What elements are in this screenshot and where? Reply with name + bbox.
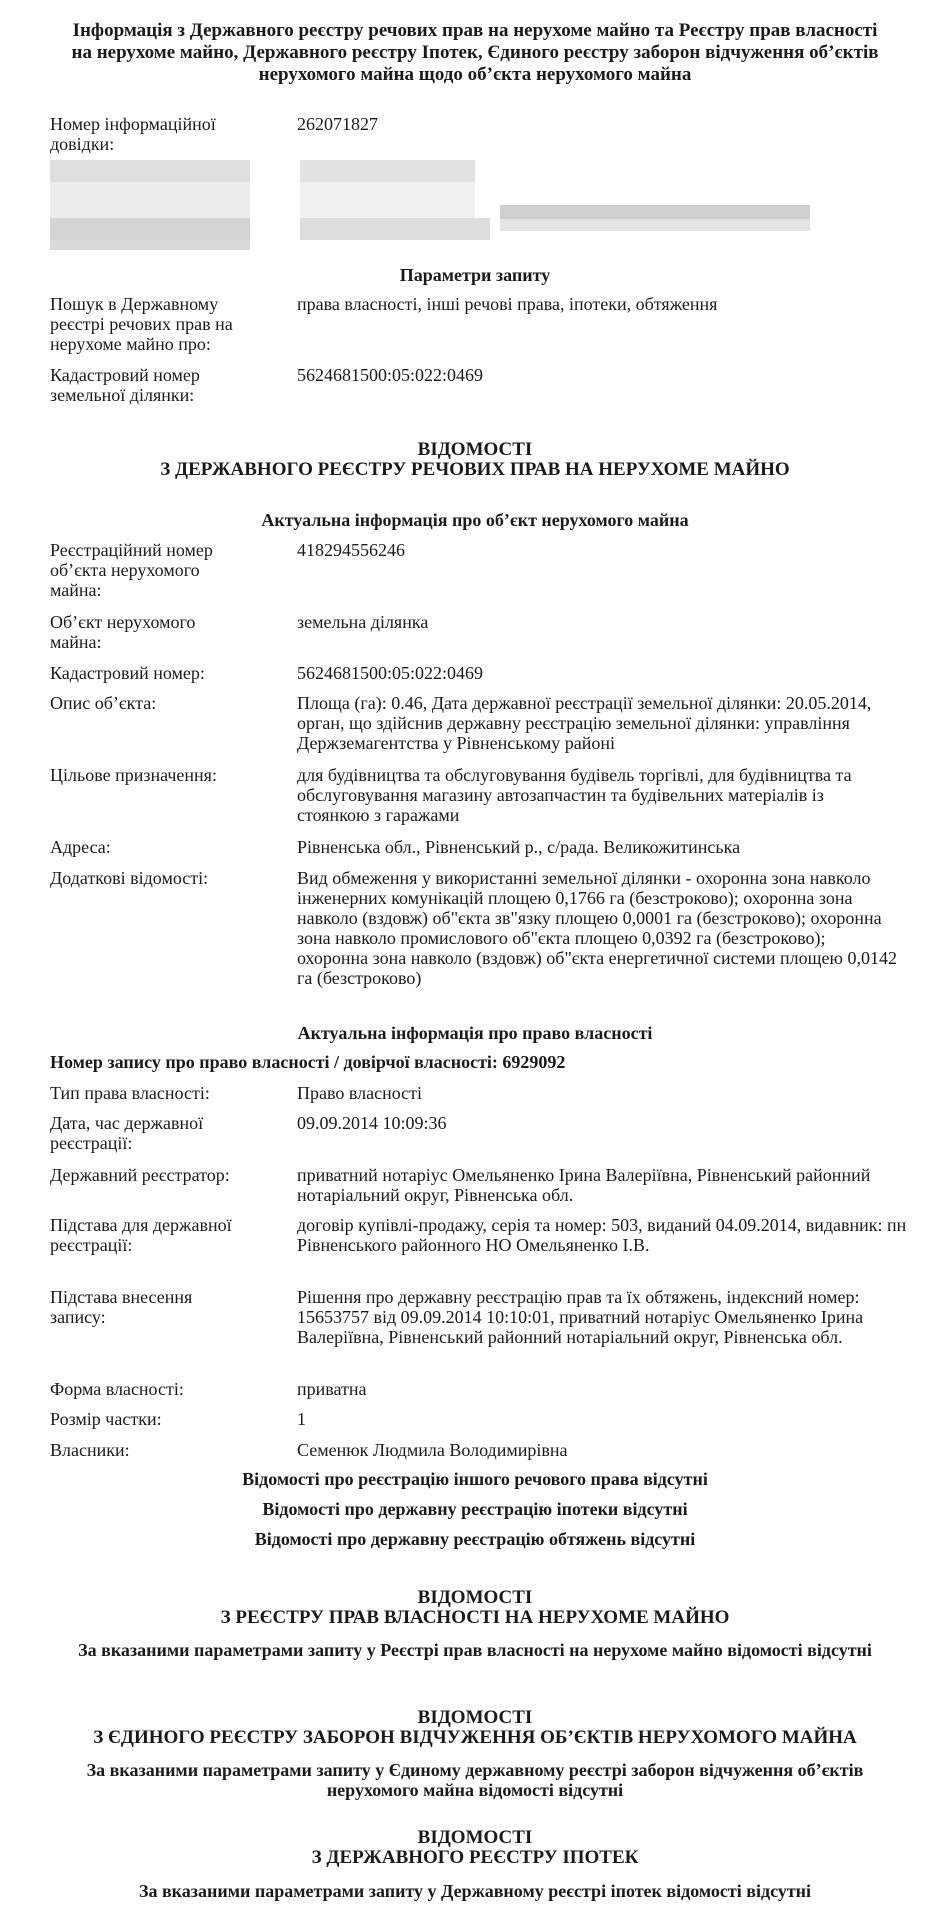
absent-other-rights-note: Відомості про реєстрацію іншого речового… bbox=[0, 1469, 950, 1489]
object-additional-value: Вид обмеження у використанні земельної д… bbox=[297, 868, 897, 988]
info-number-label: Номер інформаційної довідки: bbox=[50, 114, 250, 154]
registry-heading-line2: З ДЕРЖАВНОГО РЕЄСТРУ РЕЧОВИХ ПРАВ НА НЕР… bbox=[0, 460, 950, 480]
object-cadastral-value: 5624681500:05:022:0469 bbox=[297, 663, 917, 683]
ownership-date-label: Дата, час державної реєстрації: bbox=[50, 1113, 230, 1153]
ownership-share-value: 1 bbox=[297, 1409, 917, 1429]
ownership-owners-label: Власники: bbox=[50, 1440, 270, 1460]
ownership-entry-basis-label: Підстава внесення запису: bbox=[50, 1287, 230, 1327]
query-search-value: права власності, інші речові права, іпот… bbox=[297, 294, 917, 314]
absent-encumbrance-note: Відомості про державну реєстрацію обтяже… bbox=[0, 1529, 950, 1549]
ownership-type-value: Право власності bbox=[297, 1083, 917, 1103]
object-address-label: Адреса: bbox=[50, 837, 270, 857]
mortgage-registry-heading-line1: ВІДОМОСТІ bbox=[0, 1828, 950, 1848]
object-additional-label: Додаткові відомості: bbox=[50, 868, 270, 888]
ownership-registry-heading-line2: З РЕЄСТРУ ПРАВ ВЛАСНОСТІ НА НЕРУХОМЕ МАЙ… bbox=[0, 1608, 950, 1628]
object-type-value: земельна ділянка bbox=[297, 612, 917, 632]
ownership-owners-value: Семенюк Людмила Володимирівна bbox=[297, 1440, 917, 1460]
mortgage-registry-heading-line2: З ДЕРЖАВНОГО РЕЄСТРУ ІПОТЕК bbox=[0, 1848, 950, 1868]
query-cadastral-label: Кадастровий номер земельної ділянки: bbox=[50, 365, 250, 405]
query-cadastral-value: 5624681500:05:022:0469 bbox=[297, 365, 917, 385]
info-number-row: Номер інформаційної довідки: 262071827 bbox=[50, 114, 920, 156]
ownership-type-label: Тип права власності: bbox=[50, 1083, 270, 1103]
ownership-registrar-value: приватний нотаріус Омельяненко Ірина Вал… bbox=[297, 1165, 877, 1205]
absent-mortgage-note: Відомості про державну реєстрацію іпотек… bbox=[0, 1499, 950, 1519]
ownership-info-heading: Актуальна інформація про право власності bbox=[0, 1023, 950, 1043]
object-purpose-value: для будівництва та обслуговування будіве… bbox=[297, 765, 877, 825]
registry-heading-line1: ВІДОМОСТІ bbox=[0, 440, 950, 460]
ownership-registrar-label: Державний реєстратор: bbox=[50, 1165, 270, 1185]
document-title: Інформація з Державного реєстру речових … bbox=[60, 20, 890, 86]
ownership-share-label: Розмір частки: bbox=[50, 1409, 270, 1429]
ownership-basis-value: договір купівлі-продажу, серія та номер:… bbox=[297, 1215, 907, 1255]
ownership-form-label: Форма власності: bbox=[50, 1379, 270, 1399]
object-type-label: Об’єкт нерухомого майна: bbox=[50, 612, 230, 652]
ownership-date-value: 09.09.2014 10:09:36 bbox=[297, 1113, 917, 1133]
info-number-value: 262071827 bbox=[297, 114, 917, 134]
object-info-heading: Актуальна інформація про об’єкт нерухомо… bbox=[0, 510, 950, 530]
ownership-record-number: Номер запису про право власності / довір… bbox=[50, 1052, 920, 1072]
ownership-registry-heading-line1: ВІДОМОСТІ bbox=[0, 1588, 950, 1608]
object-reg-number-value: 418294556246 bbox=[297, 540, 917, 560]
prohibition-registry-heading-line2: З ЄДИНОГО РЕЄСТРУ ЗАБОРОН ВІДЧУЖЕННЯ ОБ’… bbox=[0, 1728, 950, 1748]
object-purpose-label: Цільове призначення: bbox=[50, 765, 270, 785]
object-description-value: Площа (га): 0.46, Дата державної реєстра… bbox=[297, 693, 897, 753]
object-address-value: Рівненська обл., Рівненський р., с/рада.… bbox=[297, 837, 917, 857]
object-reg-number-label: Реєстраційний номер об’єкта нерухомого м… bbox=[50, 540, 230, 600]
object-cadastral-label: Кадастровий номер: bbox=[50, 663, 270, 683]
query-search-label: Пошук в Державному реєстрі речових прав … bbox=[50, 294, 250, 354]
prohibition-registry-heading-line1: ВІДОМОСТІ bbox=[0, 1708, 950, 1728]
ownership-basis-label: Підстава для державної реєстрації: bbox=[50, 1215, 250, 1255]
ownership-form-value: приватна bbox=[297, 1379, 917, 1399]
query-params-heading: Параметри запиту bbox=[0, 265, 950, 285]
ownership-registry-note: За вказаними параметрами запиту у Реєстр… bbox=[60, 1640, 890, 1660]
mortgage-registry-note: За вказаними параметрами запиту у Держав… bbox=[60, 1881, 890, 1901]
ownership-entry-basis-value: Рішення про державну реєстрацію прав та … bbox=[297, 1287, 917, 1347]
object-description-label: Опис об’єкта: bbox=[50, 693, 270, 713]
prohibition-registry-note: За вказаними параметрами запиту у Єдином… bbox=[60, 1760, 890, 1800]
redacted-block bbox=[50, 160, 500, 250]
